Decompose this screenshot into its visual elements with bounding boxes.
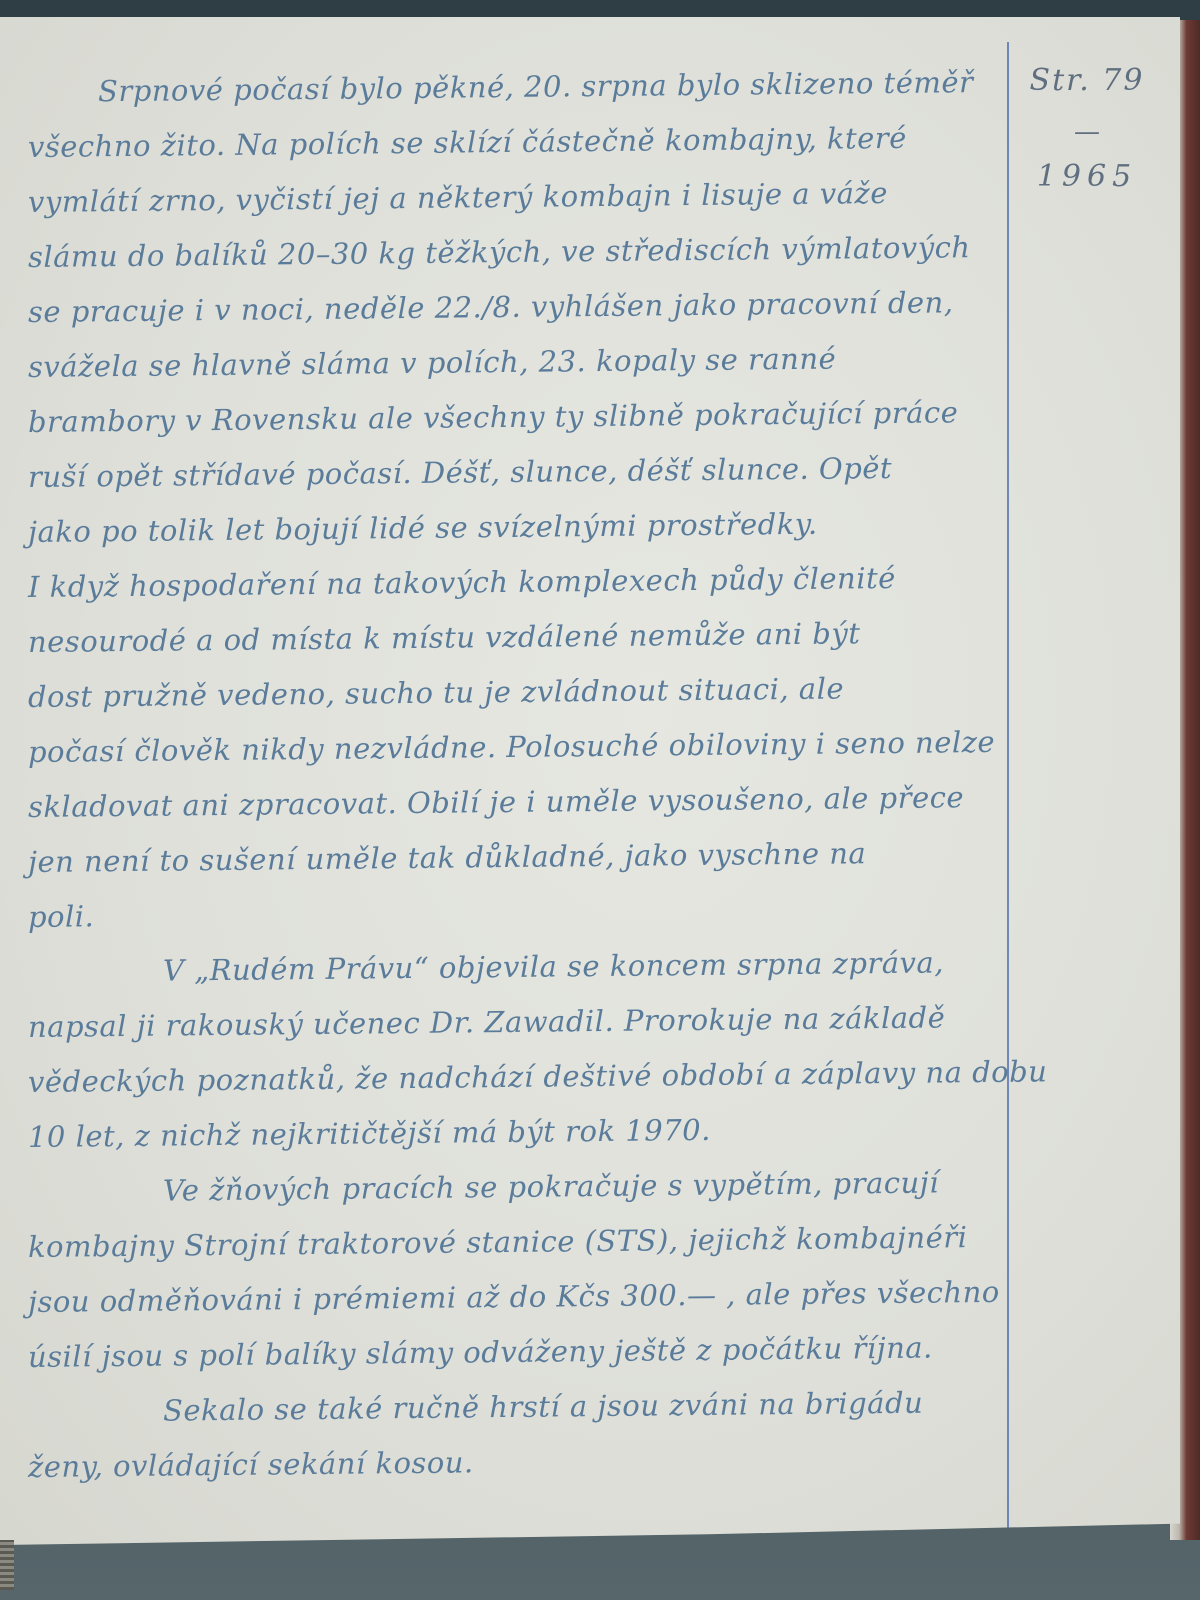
text-line: ženy, ovládající sekání kosou. xyxy=(28,1430,1004,1495)
text-line: se pracuje i v noci, neděle 22./8. vyhlá… xyxy=(28,275,1004,340)
text-line: Sekalo se také ručně hrstí a jsou zváni … xyxy=(28,1375,1004,1440)
text-line: úsilí jsou s polí balíky slámy odváženy … xyxy=(28,1320,1004,1385)
margin-year: 1965 xyxy=(1012,159,1162,194)
margin-separator: — xyxy=(1012,117,1162,147)
text-line: jen není to sušení uměle tak důkladné, j… xyxy=(28,825,1004,890)
text-line: poli. xyxy=(28,880,1004,945)
text-line: kombajny Strojní traktorové stanice (STS… xyxy=(28,1210,1004,1275)
handwritten-body: Srpnové počasí bylo pěkné, 20. srpna byl… xyxy=(28,65,1003,1495)
text-line: nesourodé a od místa k místu vzdálené ne… xyxy=(28,605,1004,670)
text-line: dost pružně vedeno, sucho tu je zvládnou… xyxy=(28,660,1004,725)
text-line: počasí člověk nikdy nezvládne. Polosuché… xyxy=(28,715,1004,780)
text-line: napsal ji rakouský učenec Dr. Zawadil. P… xyxy=(28,990,1004,1055)
text-line: Ve žňových pracích se pokračuje s vypětí… xyxy=(28,1155,1004,1220)
text-line: brambory v Rovensku ale všechny ty slibn… xyxy=(28,385,1004,450)
binding-stitch xyxy=(0,1540,14,1590)
text-line: slámu do balíků 20–30 kg těžkých, ve stř… xyxy=(28,220,1004,285)
text-line: Srpnové počasí bylo pěkné, 20. srpna byl… xyxy=(28,55,1004,120)
text-line: vymlátí zrno, vyčistí jej a některý komb… xyxy=(28,165,1004,230)
text-line: ruší opět střídavé počasí. Déšť, slunce,… xyxy=(28,440,1004,505)
text-line: V „Rudém Právu“ objevila se koncem srpna… xyxy=(28,935,1004,1000)
page-number: Str. 79 xyxy=(1012,63,1162,98)
text-line: svážela se hlavně sláma v polích, 23. ko… xyxy=(28,330,1004,395)
chronicle-page: Str. 79 — 1965 Srpnové počasí bylo pěkné… xyxy=(0,17,1180,1545)
text-line: jsou odměňováni i prémiemi až do Kčs 300… xyxy=(28,1265,1004,1330)
text-line: jako po tolik let bojují lidé se svízeln… xyxy=(28,495,1004,560)
scan-scene: Str. 79 — 1965 Srpnové počasí bylo pěkné… xyxy=(0,0,1200,1600)
text-line: všechno žito. Na polích se sklízí částeč… xyxy=(28,110,1004,175)
margin-rule xyxy=(1007,42,1009,1542)
text-line: skladovat ani zpracovat. Obilí je i uměl… xyxy=(28,770,1004,835)
text-line: vědeckých poznatků, že nadchází deštivé … xyxy=(28,1045,1004,1110)
text-line: 10 let, z nichž nejkritičtější má být ro… xyxy=(28,1100,1004,1165)
text-line: I když hospodaření na takových komplexec… xyxy=(28,550,1004,615)
